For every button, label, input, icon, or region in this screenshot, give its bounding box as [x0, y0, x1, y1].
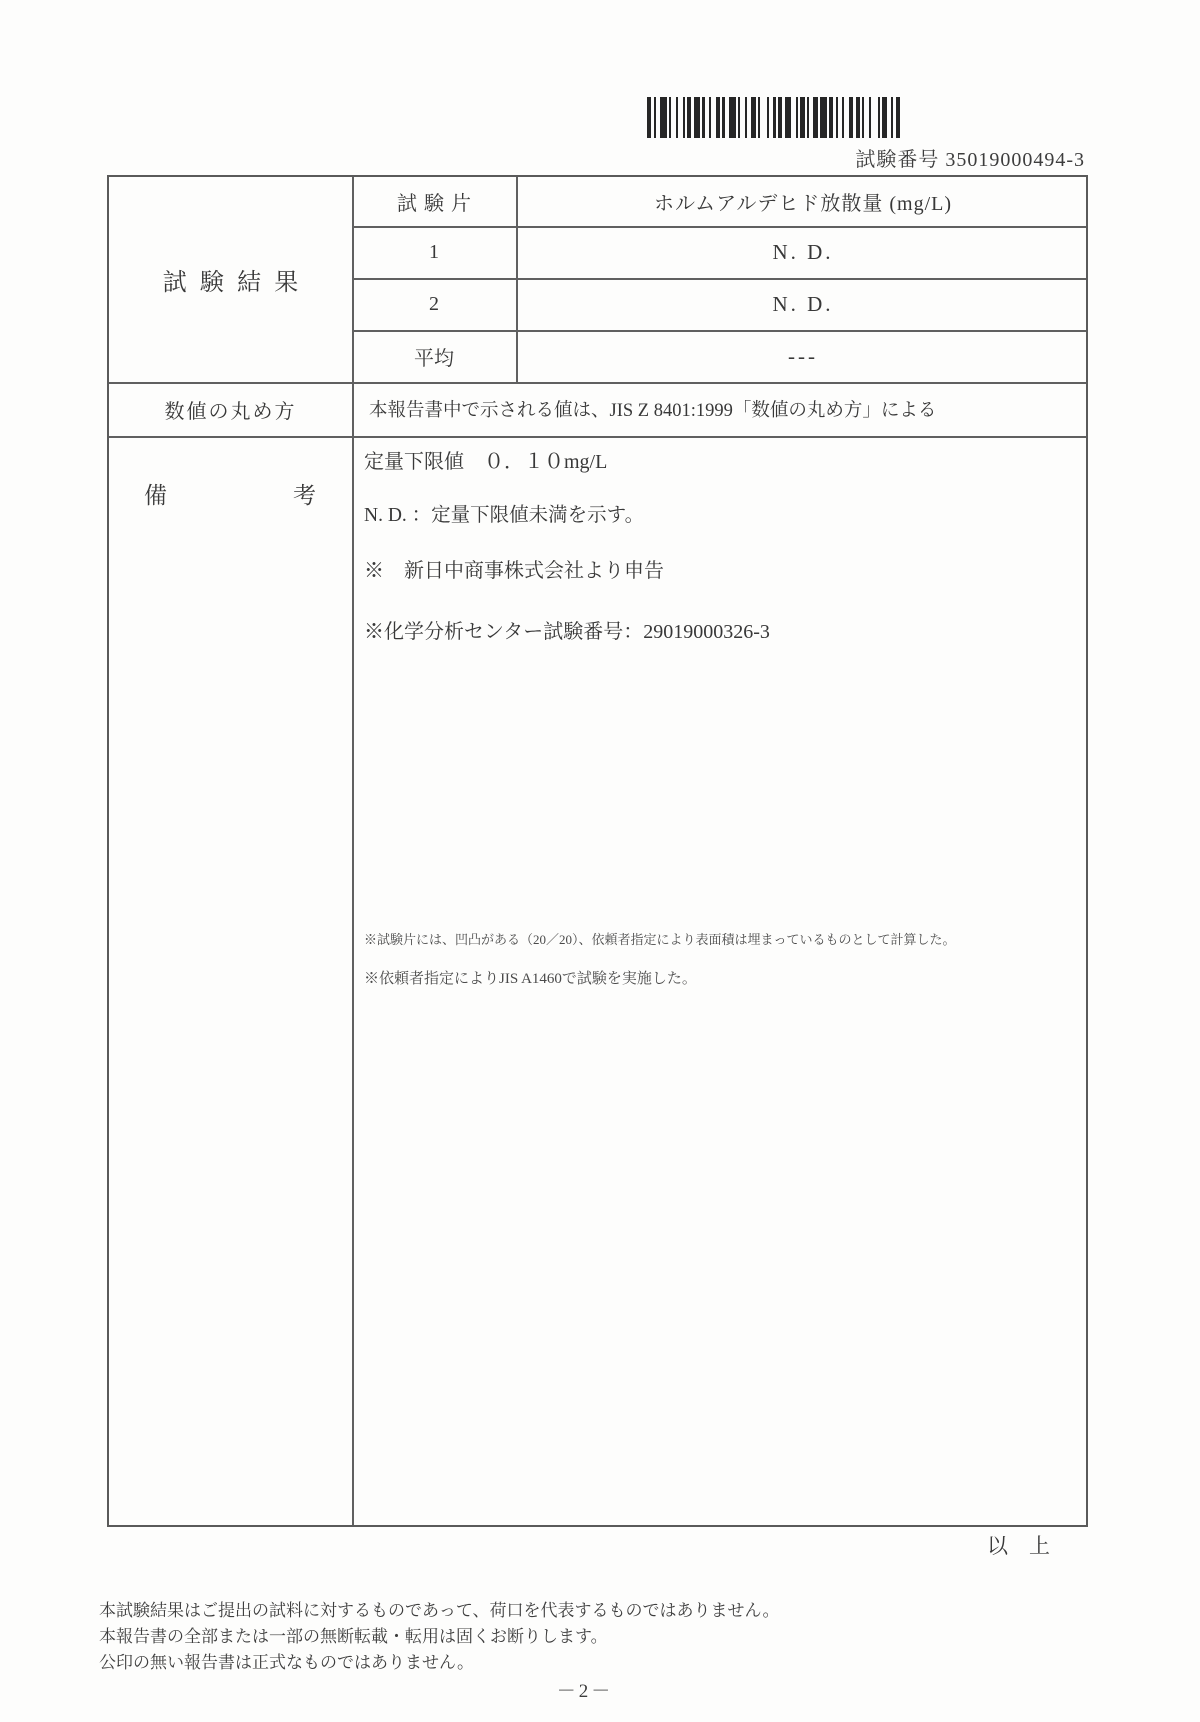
table-row-specimen: 2 — [352, 278, 516, 330]
barcode-bar — [896, 97, 900, 138]
remarks-label-first: 備 — [144, 477, 167, 510]
remarks-label: 備 考 — [144, 477, 316, 510]
barcode-bar — [785, 97, 792, 138]
measurement-column-header: ホルムアルデヒド放散量 (mg/L) — [516, 177, 1090, 226]
barcode-bar — [660, 97, 667, 138]
remark-jis-method-note: ※依頼者指定によりJIS A1460で試験を実施した。 — [364, 967, 697, 988]
footer-line: 本試験結果はご提出の試料に対するものであって、荷口を代表するものではありません。 — [99, 1598, 780, 1624]
table-row-value: N. D. — [516, 278, 1090, 330]
table-row-specimen: 平均 — [352, 330, 516, 382]
barcode-bar — [694, 97, 701, 138]
table-row-specimen: 1 — [352, 226, 516, 278]
closing-statement: 以 上 — [987, 1530, 1050, 1560]
remark-surface-note: ※試験片には、凹凸がある（20／20）、依頼者指定により表面積は埋まっているもの… — [364, 929, 956, 948]
results-section-label: 試験結果 — [109, 177, 352, 382]
remarks-label-second: 考 — [293, 477, 316, 510]
barcode-gap — [871, 97, 878, 138]
barcode-bar — [820, 97, 827, 138]
table-row-value: N. D. — [516, 226, 1090, 278]
footer-line: 本報告書の全部または一部の無断転載・転用は固くお断りします。 — [99, 1624, 780, 1650]
footer-line: 公印の無い報告書は正式なものではありません。 — [99, 1650, 780, 1676]
footer-disclaimer: 本試験結果はご提出の試料に対するものであって、荷口を代表するものではありません。… — [99, 1598, 780, 1676]
rounding-method-label: 数値の丸め方 — [109, 382, 352, 436]
barcode-gap — [760, 97, 767, 138]
test-report-page: 試験番号 35019000494-3 試験結果 試験片 ホルムアルデヒド放散量 … — [0, 0, 1200, 1722]
remark-nd-definition: N. D. ：定量下限値未満を示す。 — [364, 499, 644, 527]
remark-declared-by: ※ 新日中商事株式会社より申告 — [364, 554, 664, 583]
table-row-value: --- — [516, 330, 1090, 382]
remark-lab-test-number: ※化学分析センター試験番号：29019000326-3 — [364, 615, 770, 644]
page-number: －2－ — [500, 1676, 670, 1703]
barcode — [647, 97, 900, 138]
specimen-column-header: 試験片 — [352, 177, 516, 226]
test-results-table: 試験結果 試験片 ホルムアルデヒド放散量 (mg/L) 1 N. D. 2 N.… — [107, 175, 1088, 1527]
document-number: 試験番号 35019000494-3 — [855, 143, 1085, 172]
rounding-method-text: 本報告書中で示される値は、JIS Z 8401:1999「数値の丸め方」による — [369, 382, 936, 436]
remark-quantitation-limit: 定量下限値 ０．１０mg/L — [364, 445, 607, 474]
table-section-line — [109, 436, 1086, 438]
barcode-bar — [729, 97, 736, 138]
